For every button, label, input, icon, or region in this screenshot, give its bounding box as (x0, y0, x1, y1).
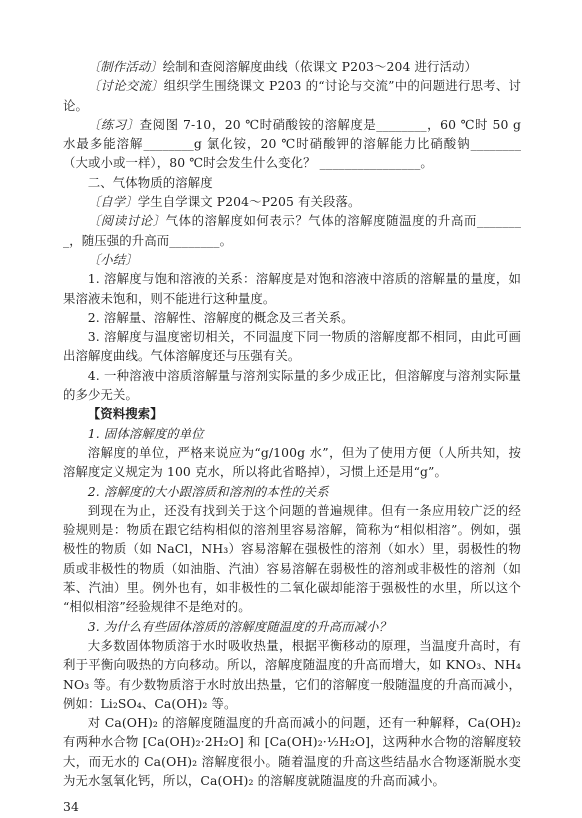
paragraph-exercise-fill-blanks: 〔练习〕查阅图 7-10，20 ℃时硝酸铵的溶解度是________，60 ℃时… (63, 115, 521, 173)
heading-gas-solubility-section: 二、气体物质的溶解度 (63, 173, 521, 192)
heading-data-search: 【资料搜索】 (63, 404, 521, 423)
paragraph-production-activity: 〔制作活动〕绘制和查阅溶解度曲线（依课文 P203～204 进行活动） (63, 57, 521, 76)
page-number: 34 (63, 797, 521, 816)
paragraph-self-study: 〔自学〕学生自学课文 P204～P205 有关段落。 (63, 192, 521, 211)
summary-item-2: 2. 溶解量、溶解性、溶解度的概念及三者关系。 (63, 308, 521, 327)
subheading-solubility-nature-relation: 2. 溶解度的大小跟溶质和溶剂的本性的关系 (63, 482, 521, 501)
summary-item-4: 4. 一种溶液中溶质溶解量与溶剂实际量的多少成正比，但溶解度与溶剂实际量的多少无… (63, 366, 521, 405)
summary-item-1: 1. 溶解度与饱和溶液的关系：溶解度是对饱和溶液中溶质的溶解量的量度，如果溶液未… (63, 269, 521, 308)
activity-tag-label: 〔制作活动〕 (88, 59, 163, 74)
subheading-solubility-decrease-question: 3. 为什么有些固体溶质的溶解度随温度的升高而减小？ (63, 617, 521, 636)
document-body: 〔制作活动〕绘制和查阅溶解度曲线（依课文 P203～204 进行活动） 〔讨论交… (63, 57, 521, 817)
paragraph-temperature-effect: 大多数固体物质溶于水时吸收热量，根据平衡移动的原理，当温度升高时，有利于平衡向吸… (63, 636, 521, 713)
summary-item-3: 3. 溶解度与温度密切相关，不同温度下同一物质的溶解度都不相同，由此可画出溶解度… (63, 327, 521, 366)
paragraph-solubility-unit: 溶解度的单位，严格来说应为“g/100g 水”，但为了使用方便（人所共知，按溶解… (63, 443, 521, 482)
paragraph-summary-tag: 〔小结〕 (63, 250, 521, 269)
paragraph-text: 学生自学课文 P204～P205 有关段落。 (138, 194, 361, 209)
exercise-tag-label: 〔练习〕 (88, 117, 140, 132)
subheading-solid-solubility-unit: 1. 固体溶解度的单位 (63, 424, 521, 443)
textbook-page: 〔制作活动〕绘制和查阅溶解度曲线（依课文 P203～204 进行活动） 〔讨论交… (0, 0, 582, 818)
paragraph-discussion-exchange: 〔讨论交流〕组织学生围绕课文 P203 的“讨论与交流”中的问题进行思考、讨论。 (63, 76, 521, 115)
reading-discussion-tag-label: 〔阅读讨论〕 (88, 213, 166, 228)
paragraph-text: 绘制和查阅溶解度曲线（依课文 P203～204 进行活动） (163, 59, 477, 74)
paragraph-caoh2-hydrates-explanation: 对 Ca(OH)₂ 的溶解度随温度的升高而减小的问题，还有一种解释，Ca(OH)… (63, 713, 521, 790)
discussion-tag-label: 〔讨论交流〕 (88, 78, 164, 93)
paragraph-like-dissolves-like: 到现在为止，还没有找到关于这个问题的普遍规律。但有一条应用较广泛的经验规则是：物… (63, 501, 521, 617)
paragraph-reading-discussion: 〔阅读讨论〕气体的溶解度如何表示？气体的溶解度随温度的升高而________，随… (63, 211, 521, 250)
self-study-tag-label: 〔自学〕 (88, 194, 138, 209)
summary-tag-label: 〔小结〕 (88, 252, 138, 267)
